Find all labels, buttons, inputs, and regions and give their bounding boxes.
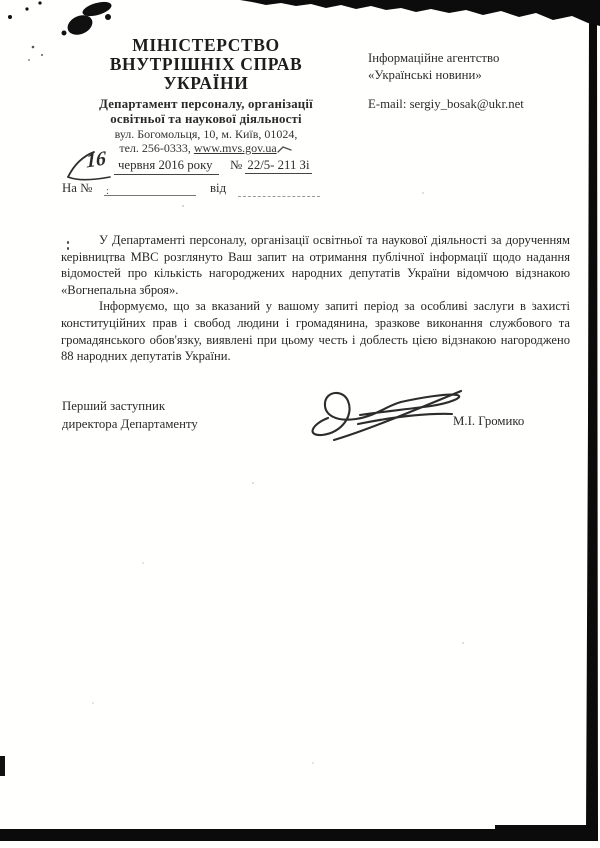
body-paragraph-1: У Департаменті персоналу, організації ос…	[61, 232, 570, 298]
signature-scrawl-icon	[298, 382, 470, 444]
ink-speck	[67, 241, 69, 244]
handwritten-day: 16	[86, 147, 106, 173]
paper-speck	[422, 192, 424, 194]
paper-speck	[462, 642, 464, 644]
department-name: Департамент персоналу, організації освіт…	[58, 97, 354, 126]
department-line1: Департамент персоналу, організації	[58, 97, 354, 112]
reference-block: 16 червня 2016 року № 22/5- 211 Зі На № …	[62, 155, 542, 199]
recipient-email: E-mail: sergiy_bosak@ukr.net	[368, 97, 578, 112]
paper-speck	[252, 482, 254, 484]
date-number-line: 16 червня 2016 року № 22/5- 211 Зі	[62, 155, 542, 177]
ministry-name-line1: МІНІСТЕРСТВО	[58, 36, 354, 55]
letterhead: МІНІСТЕРСТВО ВНУТРІШНІХ СПРАВ УКРАЇНИ Де…	[58, 36, 354, 156]
paper-speck	[532, 302, 534, 304]
signer-position-line1: Перший заступник	[62, 398, 198, 416]
pen-tick-icon	[277, 144, 293, 154]
ministry-name-line3: УКРАЇНИ	[58, 74, 354, 93]
paper-speck	[92, 702, 94, 704]
recipient-org-line1: Інформаційне агентство	[368, 50, 578, 67]
blank-ink-mark: :	[106, 185, 109, 197]
recipient-block: Інформаційне агентство «Українські новин…	[368, 50, 578, 112]
date-text: червня 2016 року	[114, 158, 219, 175]
from-date-label: від	[210, 181, 226, 196]
signer-position-line2: директора Департаменту	[62, 416, 198, 434]
reply-number-blank	[104, 181, 196, 196]
number-sign: №	[230, 158, 242, 172]
signer-name: М.І. Громико	[453, 414, 524, 429]
ink-speck	[67, 247, 69, 250]
scan-top-edge	[240, 0, 600, 26]
recipient-org-line2: «Українські новини»	[368, 67, 578, 84]
website-link-text: www.mvs.gov.ua	[194, 141, 277, 155]
paper-speck	[312, 762, 314, 764]
paper-speck	[142, 562, 144, 564]
scan-bottom-edge-step	[495, 825, 598, 831]
address-line: вул. Богомольця, 10, м. Київ, 01024,	[58, 128, 354, 142]
outgoing-number-value: 22/5- 211 Зі	[245, 158, 311, 174]
ministry-name-line2: ВНУТРІШНІХ СПРАВ	[58, 55, 354, 74]
scanned-letter-page: МІНІСТЕРСТВО ВНУТРІШНІХ СПРАВ УКРАЇНИ Де…	[0, 0, 600, 848]
signer-position: Перший заступник директора Департаменту	[62, 398, 198, 433]
department-line2: освітньої та наукової діяльності	[58, 112, 354, 127]
scan-bottom-edge	[0, 829, 598, 841]
scan-left-tick	[0, 756, 5, 776]
reply-to-label: На №	[62, 181, 92, 196]
letter-body: У Департаменті персоналу, організації ос…	[61, 232, 570, 365]
reply-reference-line: На № : від	[62, 181, 542, 199]
reply-date-blank	[238, 182, 320, 197]
scan-right-edge	[586, 22, 598, 829]
phone-text: тел. 256-0333,	[119, 141, 194, 155]
outgoing-number: № 22/5- 211 Зі	[230, 158, 312, 173]
body-paragraph-2: Інформуємо, що за вказаний у вашому запи…	[61, 298, 570, 364]
paper-speck	[182, 205, 184, 207]
